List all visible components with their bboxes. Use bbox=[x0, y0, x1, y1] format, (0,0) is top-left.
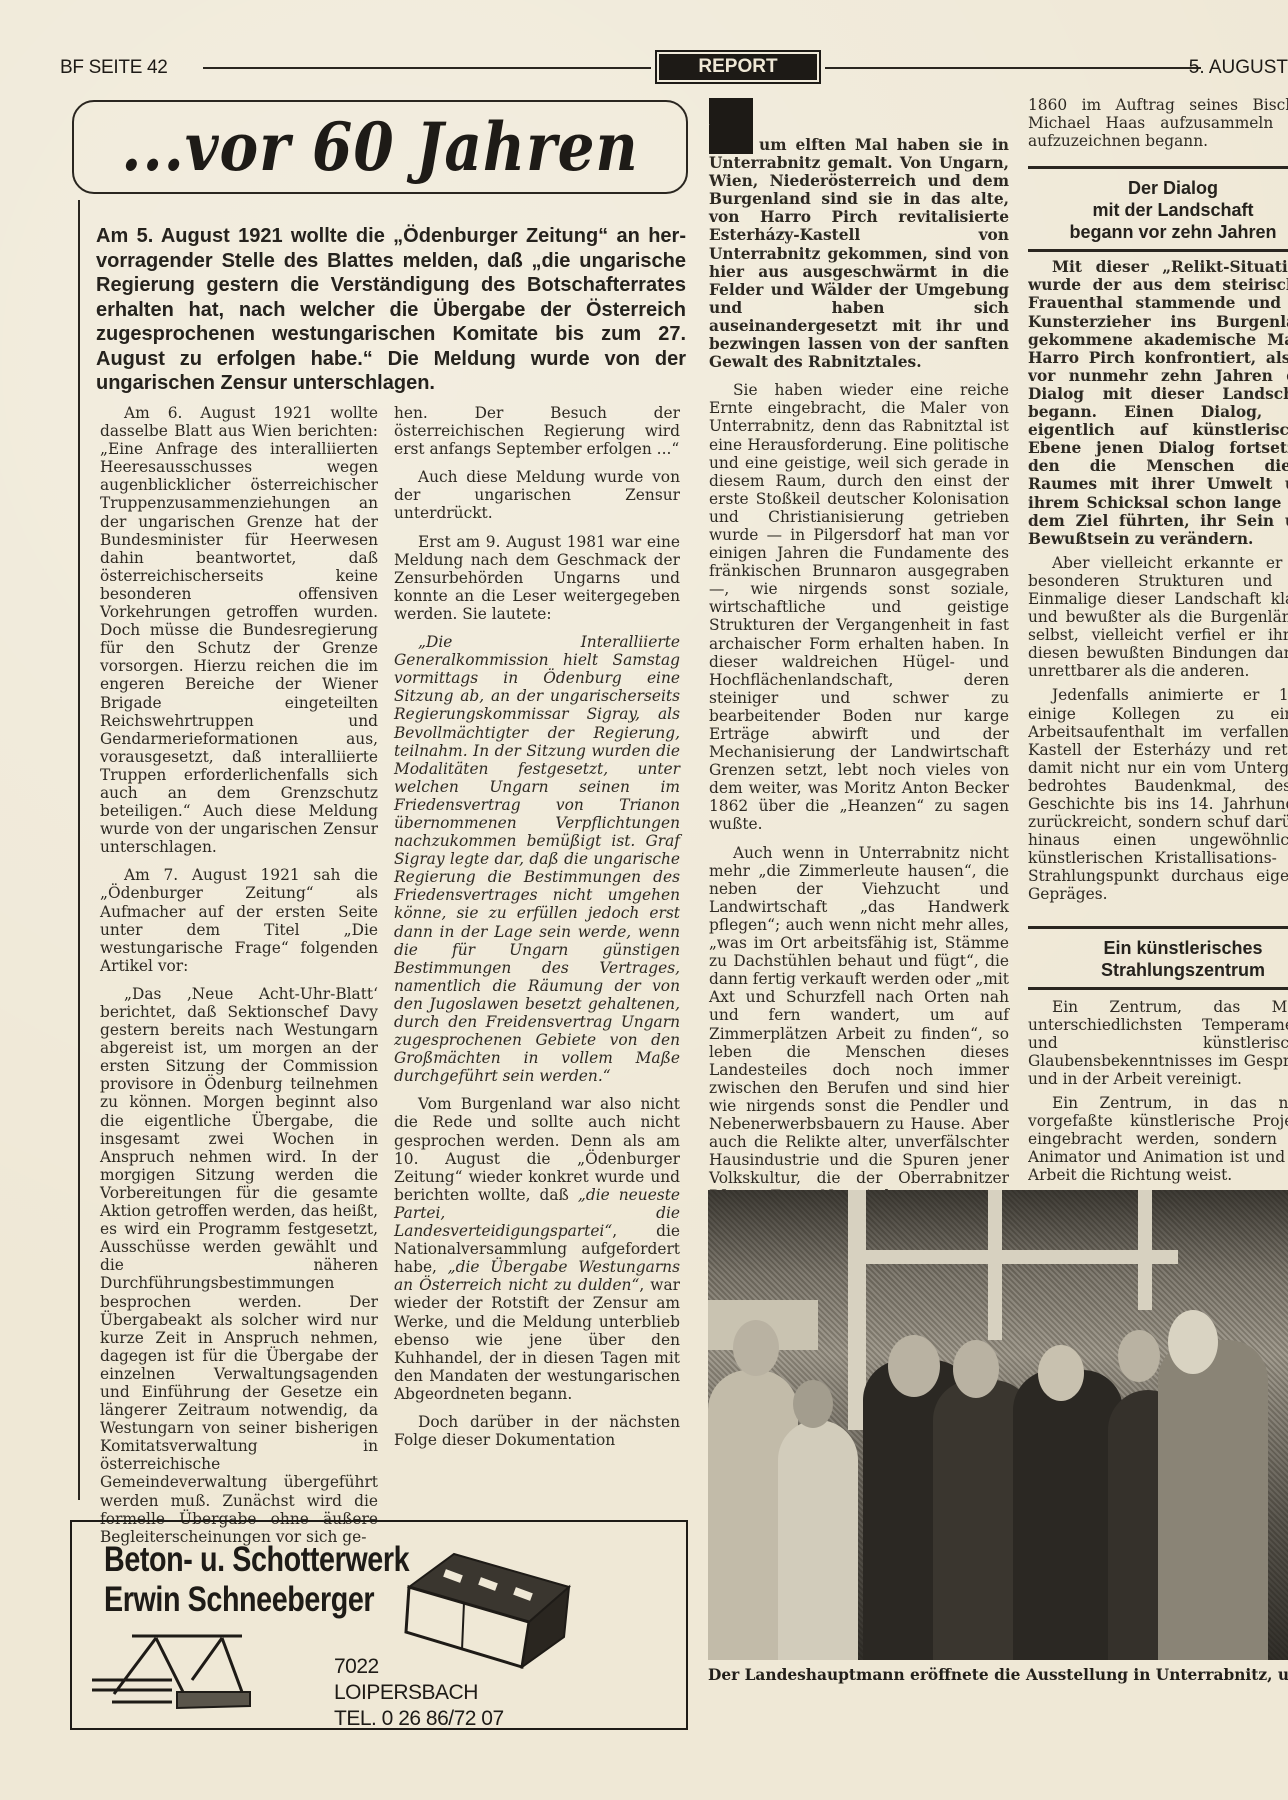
advertiser-address: 7022 LOIPERSBACH TEL. 0 26 86/72 07 bbox=[334, 1654, 504, 1732]
article2-column-4: 1860 im Auftrag seines Bischofs Michael … bbox=[1028, 96, 1288, 1215]
advertiser-name: Beton- u. Schotterwerk Erwin Schneeberge… bbox=[104, 1540, 409, 1620]
paragraph: Am 7. August 1921 sah die „Ödenburger Ze… bbox=[100, 866, 378, 975]
ad-postcode: 7022 bbox=[334, 1654, 504, 1680]
subheading-dialog: Der Dialog mit der Landschaft begann vor… bbox=[1028, 169, 1288, 249]
paragraph: Doch darüber in der nächsten Folge diese… bbox=[394, 1413, 680, 1449]
subhead-rule bbox=[1028, 249, 1288, 252]
dropcap-spacer bbox=[709, 96, 1009, 136]
paragraph: Auch wenn in Unterrabnitz nicht mehr „di… bbox=[709, 844, 1009, 1206]
photo-caption: Der Landeshauptmann eröffnete die Ausste… bbox=[708, 1666, 1288, 1684]
ad-line-2: Erwin Schneeberger bbox=[104, 1580, 409, 1620]
subheading-line: begann vor zehn Jahren bbox=[1028, 221, 1288, 243]
ad-line-1: Beton- u. Schotterwerk bbox=[104, 1540, 409, 1580]
subhead-rule bbox=[1028, 987, 1288, 990]
article2-column-3: Z um elften Mal haben sie in Unterrabnit… bbox=[709, 96, 1009, 1215]
paragraph: Vom Burgenland war also nicht die Rede u… bbox=[394, 1095, 680, 1403]
text-run: , war wieder der Rotstift der Zensur am … bbox=[394, 1276, 680, 1403]
subheading-line: Ein künstlerisches bbox=[1048, 937, 1288, 959]
rebar-girder-icon bbox=[92, 1632, 252, 1712]
paragraph: Sie haben wieder eine reiche Ernte einge… bbox=[709, 381, 1009, 833]
paragraph: 1860 im Auftrag seines Bischofs Michael … bbox=[1028, 96, 1288, 150]
drop-cap-letter: Z bbox=[709, 98, 710, 154]
subheading-strahlungszentrum: Ein künstlerisches Strahlungszentrum bbox=[1028, 929, 1288, 987]
section-badge-label: REPORT bbox=[659, 54, 817, 80]
exhibition-photo bbox=[708, 1190, 1288, 1660]
issue-date: 5. AUGUST bbox=[1189, 56, 1288, 80]
paragraph: Aber vielleicht erkannte er die besonder… bbox=[1028, 554, 1288, 681]
paragraph: Ein Zentrum, in das nicht vorgefaßte kün… bbox=[1028, 1094, 1288, 1184]
paragraph: Auch diese Meldung wurde von der ungaris… bbox=[394, 468, 680, 522]
page-header: BF SEITE 42 REPORT 5. AUGUST bbox=[60, 56, 1288, 80]
lede-paragraph: Z um elften Mal haben sie in Unterrabnit… bbox=[709, 96, 1009, 371]
subheading-line: mit der Landschaft bbox=[1028, 199, 1288, 221]
section-badge: REPORT bbox=[655, 50, 821, 84]
article1-column-2: hen. Der Besuch der österreichischen Reg… bbox=[394, 404, 680, 1459]
ad-town: LOIPERSBACH bbox=[334, 1680, 504, 1706]
article-title: ...vor 60 Jahren bbox=[121, 108, 638, 186]
ad-phone: TEL. 0 26 86/72 07 bbox=[334, 1706, 504, 1732]
article-lead: Am 5. August 1921 wollte die „Ödenburger… bbox=[96, 224, 686, 396]
concrete-block-icon bbox=[404, 1542, 574, 1672]
drop-cap: Z bbox=[709, 98, 753, 154]
paragraph: Mit dieser „Relikt-Situation“ wurde der … bbox=[1028, 258, 1288, 548]
subheading-line: Der Dialog bbox=[1028, 177, 1288, 199]
article1-column-1: Am 6. August 1921 wollte dasselbe Blatt … bbox=[100, 404, 378, 1556]
paragraph: Erst am 9. August 1981 war eine Meldung … bbox=[394, 533, 680, 623]
header-rule-right bbox=[825, 67, 1201, 69]
quoted-report: „Die Interalliierte Generalkommission hi… bbox=[394, 633, 680, 1085]
subheading-line: Strahlungszentrum bbox=[1048, 959, 1288, 981]
paragraph: Ein Zentrum, das Maler unterschiedlichst… bbox=[1028, 998, 1288, 1088]
paragraph: Jedenfalls animierte er 1972 einige Koll… bbox=[1028, 686, 1288, 903]
lede-text: um elften Mal haben sie in Unterrabnitz … bbox=[709, 136, 1009, 371]
paragraph: Am 6. August 1921 wollte dasselbe Blatt … bbox=[100, 404, 378, 856]
paragraph: hen. Der Besuch der österreichischen Reg… bbox=[394, 404, 680, 458]
article-title-box: ...vor 60 Jahren bbox=[72, 100, 688, 194]
page-label: BF SEITE 42 bbox=[60, 56, 168, 80]
advertisement: Beton- u. Schotterwerk Erwin Schneeberge… bbox=[70, 1520, 688, 1730]
header-rule-left bbox=[203, 67, 651, 69]
paragraph: „Das ‚Neue Acht-Uhr-Blatt‘ berichtet, da… bbox=[100, 985, 378, 1546]
